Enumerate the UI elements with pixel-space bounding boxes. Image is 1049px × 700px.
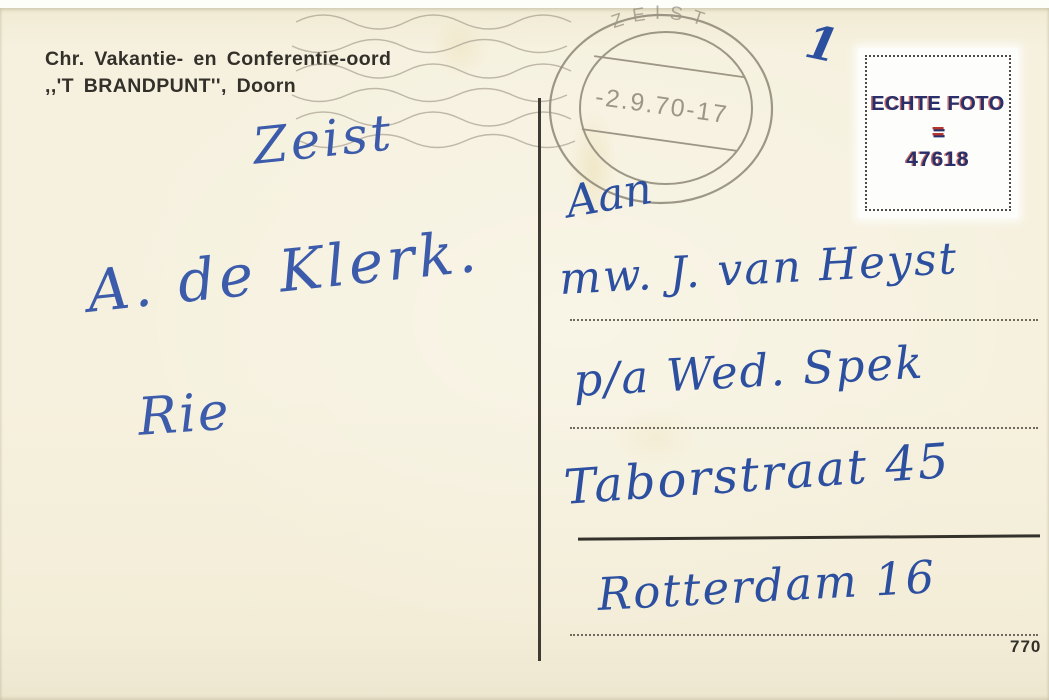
- postcard-back: Chr. Vakantie- en Conferentie-oord ,,'T …: [0, 8, 1049, 700]
- handwritten-addressee-intro: Aan: [562, 163, 656, 228]
- message-address-divider: [538, 98, 541, 661]
- publisher-line-1: Chr. Vakantie- en Conferentie-oord: [45, 46, 391, 73]
- handwritten-signature-firstname: Rie: [136, 382, 233, 448]
- handwritten-addressee-name: mw. J. van Heyst: [558, 233, 959, 305]
- address-rule-1: [570, 319, 1038, 321]
- paper-stain: [430, 18, 490, 78]
- handwritten-place: Zeist: [250, 103, 396, 175]
- print-number: 770: [1010, 637, 1041, 657]
- handwritten-city: Rotterdam 16: [596, 550, 937, 621]
- address-rule-3: [578, 534, 1040, 540]
- handwritten-signature: A. de Klerk.: [84, 217, 483, 326]
- postmark-stamp-icon: -2.9.70-17 ZEIST: [550, 3, 772, 203]
- stamp-box-title: ECHTE FOTO: [871, 93, 1005, 116]
- stamp-box-border: ECHTE FOTO = 47618: [865, 55, 1011, 211]
- handwritten-street: Taborstraat 45: [562, 433, 952, 516]
- svg-text:ZEIST: ZEIST: [609, 3, 716, 33]
- postmark-town: ZEIST: [609, 3, 716, 33]
- postcard-scan: Chr. Vakantie- en Conferentie-oord ,,'T …: [0, 0, 1049, 700]
- stamp-box-number: 47618: [906, 148, 969, 172]
- handwritten-care-of: p/a Wed. Spek: [572, 336, 926, 407]
- stamp-box: ECHTE FOTO = 47618: [858, 48, 1018, 218]
- publisher-imprint: Chr. Vakantie- en Conferentie-oord ,,'T …: [45, 46, 391, 100]
- address-rule-2: [570, 427, 1038, 429]
- address-rule-4: [570, 634, 1038, 636]
- handwritten-corner-mark: 1: [801, 14, 844, 73]
- postmark-date: -2.9.70-17: [594, 83, 731, 129]
- stamp-box-equals: =: [932, 127, 945, 137]
- publisher-line-2: ,,'T BRANDPUNT'', Doorn: [45, 73, 391, 100]
